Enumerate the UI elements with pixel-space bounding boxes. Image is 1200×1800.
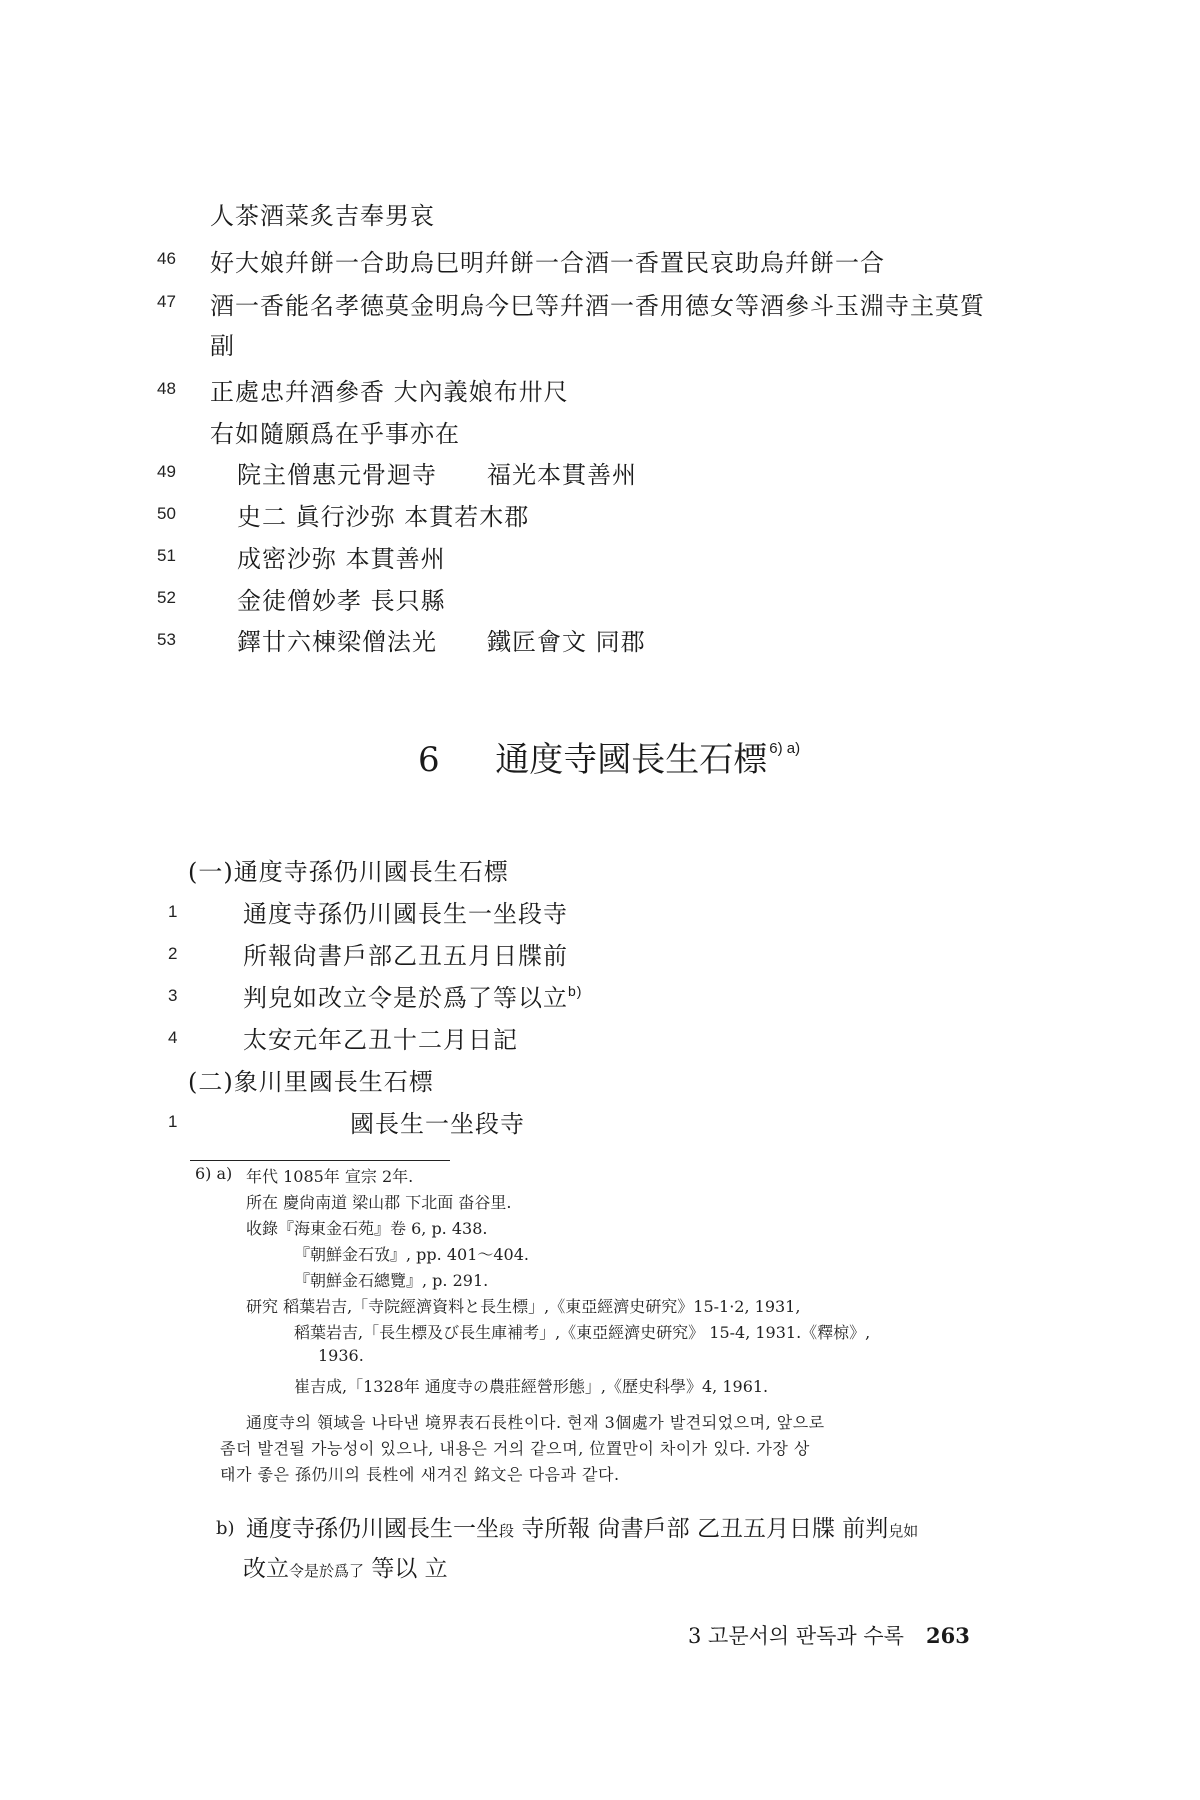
running-footer: 3 고문서의 판독과 수록263 [688, 1620, 970, 1650]
footnote-line: 1936. [318, 1346, 364, 1365]
inscription-line-text: 太安元年乙丑十二月日記 [243, 1020, 518, 1055]
line-number: 1 [168, 1112, 177, 1132]
inscription-line-text: 副 [210, 326, 235, 361]
footnote-paragraph-line: 좀더 발견될 가능성이 있으나, 내용은 거의 같으며, 位置만이 차이가 있다… [220, 1436, 810, 1459]
subsection-title: (一)通度寺孫仍川國長生石標 [188, 852, 509, 887]
inscription-line-text: 鐸廿六棟梁僧法光 鐵匠會文 同郡 [237, 622, 646, 657]
inscription-line-text: 史二 眞行沙弥 本貫若木郡 [237, 497, 529, 532]
line-number: 47 [157, 292, 176, 312]
footnote-paragraph-line: 通度寺의 領域을 나타낸 境界表石長栍이다. 현재 3個處가 발견되었으며, 앞… [246, 1410, 825, 1433]
footnote-line: 研究 稻葉岩吉,「寺院經濟資料と長生標」,《東亞經濟史硏究》15-1·2, 19… [246, 1294, 800, 1317]
footnote-ref[interactable]: 6) a) [769, 740, 800, 757]
inscription-line-text: 國長生一坐段寺 [350, 1104, 525, 1139]
section-title: 通度寺國長生石標 [495, 740, 767, 780]
footnote-divider [190, 1160, 450, 1161]
line-number: 52 [157, 588, 176, 608]
chapter-title: 3 고문서의 판독과 수록 [688, 1624, 904, 1648]
line-number: 50 [157, 504, 176, 524]
footnote-paragraph-line: 태가 좋은 孫仍川의 長栍에 새겨진 銘文은 다음과 같다. [220, 1462, 620, 1485]
inscription-line-text: 正處忠幷酒參香 大內義娘布卅尺 [210, 372, 569, 407]
footnote-marker-a: 6) a) [195, 1164, 232, 1183]
inscription-line-text: 好大娘幷餅一合助烏巳明幷餅一合酒一香置民哀助烏幷餅一合 [210, 243, 885, 278]
footnote-line: 所在 慶尙南道 梁山郡 下北面 畓谷里. [246, 1190, 511, 1213]
line-number: 51 [157, 546, 176, 566]
line-number: 3 [168, 986, 177, 1006]
footnote-line: 『朝鮮金石總覽』, p. 291. [294, 1268, 488, 1291]
line-number: 46 [157, 249, 176, 269]
footnote-line: 年代 1085年 宣宗 2年. [246, 1164, 413, 1187]
inscription-line-text: 右如隨願爲在乎事亦在 [210, 414, 460, 449]
inscription-line-text: 院主僧惠元骨迴寺 福光本貫善州 [237, 455, 637, 490]
line-number: 53 [157, 630, 176, 650]
line-number: 48 [157, 379, 176, 399]
inscription-line-text: 酒一香能名孝德莫金明烏今巳等幷酒一香用德女等酒參斗玉淵寺主莫質 [210, 286, 985, 321]
line-number: 49 [157, 462, 176, 482]
footnote-line: 收錄『海東金石苑』卷 6, p. 438. [246, 1216, 487, 1239]
line-number: 1 [168, 902, 177, 922]
footnote-b-line-2: 改立令是於爲了 等以 立 [243, 1550, 448, 1583]
inscription-line-text: 成密沙弥 本貫善州 [237, 539, 446, 574]
inscription-line-text: 所報尙書戶部乙丑五月日牒前 [243, 936, 568, 971]
footnote-b-line-1: 通度寺孫仍川國長生一坐段 寺所報 尙書戶部 乙丑五月日牒 前判皃如 [246, 1510, 918, 1543]
subsection-title: (二)象川里國長生石標 [188, 1062, 434, 1097]
footnote-ref[interactable]: b) [568, 983, 582, 999]
inscription-line-text: 金徒僧妙孝 長只縣 [237, 581, 446, 616]
footnote-line: 稻葉岩吉,「長生標及び長生庫補考」,《東亞經濟史硏究》 15-4, 1931.《… [294, 1320, 870, 1343]
line-number: 4 [168, 1028, 177, 1048]
inscription-line-text: 人茶酒菜炙吉奉男哀 [210, 196, 435, 231]
inscription-line-text: 判皃如改立令是於爲了等以立b) [243, 978, 582, 1013]
section-number: 6 [418, 740, 440, 780]
footnote-marker-b: b) [216, 1518, 235, 1539]
line-number: 2 [168, 944, 177, 964]
section-heading: 6 通度寺國長生石標6) a) [418, 732, 800, 781]
footnote-line: 崔吉成,「1328年 通度寺の農莊經營形態」,《歷史科學》4, 1961. [294, 1374, 768, 1397]
page-number: 263 [926, 1623, 970, 1648]
inscription-line-text: 通度寺孫仍川國長生一坐段寺 [243, 894, 568, 929]
footnote-line: 『朝鮮金石攷』, pp. 401～404. [294, 1242, 529, 1265]
